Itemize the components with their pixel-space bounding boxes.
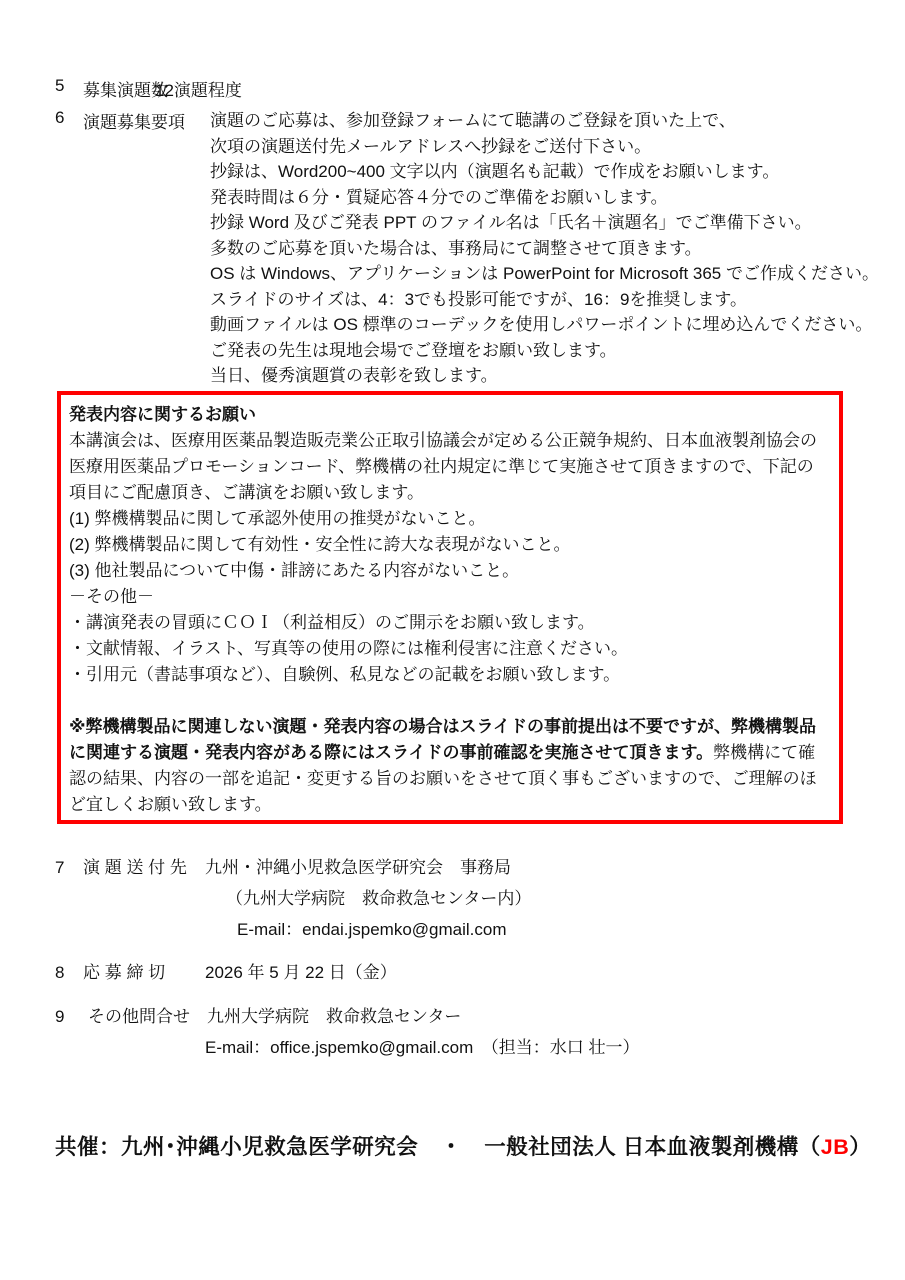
cosponsor-text-close: ） bbox=[849, 1135, 871, 1159]
cosponsor-jb-highlight: JB bbox=[821, 1135, 849, 1159]
requirement-line: 動画ファイルは OS 標準のコーデックを使用しパワーポイントに埋め込んでください… bbox=[210, 312, 879, 338]
notice-box-numbered-list: (1) 弊機構製品に関して承認外使用の推奨がないこと。 (2) 弊機構製品に関し… bbox=[69, 506, 829, 584]
notice-box-bullet-list: ・講演発表の冒頭にＣＯＩ（利益相反）のご開示をお願い致します。 ・文献情報、イラ… bbox=[69, 610, 829, 688]
requirement-line: 演題のご応募は、参加登録フォームにて聴講のご登録を頂いた上で、 bbox=[210, 108, 879, 134]
notice-numbered-item: (1) 弊機構製品に関して承認外使用の推奨がないこと。 bbox=[69, 506, 829, 532]
notice-numbered-item: (2) 弊機構製品に関して有効性・安全性に誇大な表現がないこと。 bbox=[69, 532, 829, 558]
section-item-5: 5 募集演題数 12演題程度 bbox=[0, 76, 905, 102]
requirement-line: 発表時間は６分・質疑応答４分でのご準備をお願いします。 bbox=[210, 185, 879, 211]
final-paragraph-bold: ※弊機構製品に関連しない演題・発表内容の場合はスライドの事前提出は不要ですが、弊… bbox=[69, 717, 816, 762]
requirement-line: 多数のご応募を頂いた場合は、事務局にて調整させて頂きます。 bbox=[210, 236, 879, 262]
cosponsor-text: 共催：九州･沖縄小児救急医学研究会 ・ 一般社団法人 日本血液製剤機構（ bbox=[55, 1135, 821, 1159]
item8-number: 8 bbox=[55, 957, 64, 988]
item7-email: E-mail：endai.jspemko@gmail.com bbox=[237, 914, 507, 945]
requirement-line: ご発表の先生は現地会場でご登壇をお願い致します。 bbox=[210, 338, 879, 364]
presentation-notice-box: 発表内容に関するお願い 本講演会は、医療用医薬品製造販売業公正取引協議会が定める… bbox=[57, 391, 843, 824]
requirement-line: OS は Windows、アプリケーションは PowerPoint for Mi… bbox=[210, 261, 879, 287]
item9-label: その他問合せ bbox=[88, 1001, 190, 1032]
notice-bullet-item: ・文献情報、イラスト、写真等の使用の際には権利侵害に注意ください。 bbox=[69, 636, 829, 662]
spacer bbox=[69, 688, 829, 714]
item8-deadline: 2026 年 5 月 22 日（金） bbox=[205, 957, 397, 988]
requirement-line: 当日、優秀演題賞の表彰を致します。 bbox=[210, 363, 879, 389]
item6-label: 演題募集要項 bbox=[83, 108, 185, 133]
item5-content: 12演題程度 bbox=[155, 76, 242, 101]
requirement-line: 抄録 Word 及びご発表 PPT のファイル名は「氏名＋演題名」でご準備下さい… bbox=[210, 210, 879, 236]
notice-bullet-item: ・引用元（書誌事項など）、自験例、私見などの記載をお願い致します。 bbox=[69, 662, 829, 688]
item7-label: 演 題 送 付 先 bbox=[83, 852, 187, 883]
notice-box-title: 発表内容に関するお願い bbox=[69, 402, 829, 428]
item9-organization: 九州大学病院 救命救急センター bbox=[207, 1001, 461, 1032]
item5-number: 5 bbox=[55, 76, 64, 96]
item7-address-line: （九州大学病院 救命救急センター内） bbox=[226, 883, 531, 914]
requirement-line: スライドのサイズは、4：3でも投影可能ですが、16：9を推奨します。 bbox=[210, 287, 879, 313]
requirement-line: 抄録は、Word200~400 文字以内（演題名も記載）で作成をお願いします。 bbox=[210, 159, 879, 185]
item6-number: 6 bbox=[55, 108, 64, 128]
item9-number: 9 bbox=[55, 1001, 64, 1032]
requirement-line: 次項の演題送付先メールアドレスへ抄録をご送付下さい。 bbox=[210, 134, 879, 160]
item7-organization: 九州・沖縄小児救急医学研究会 事務局 bbox=[205, 852, 511, 883]
notice-bullet-item: ・講演発表の冒頭にＣＯＩ（利益相反）のご開示をお願い致します。 bbox=[69, 610, 829, 636]
section-item-8: 8 応 募 締 切 2026 年 5 月 22 日（金） bbox=[0, 957, 905, 988]
item9-email: E-mail：office.jspemko@gmail.com （担当：水口 壮… bbox=[205, 1032, 639, 1063]
item8-label: 応 募 締 切 bbox=[83, 957, 165, 988]
item6-requirement-lines: 演題のご応募は、参加登録フォームにて聴講のご登録を頂いた上で、 次項の演題送付先… bbox=[210, 108, 879, 389]
cosponsor-footer: 共催：九州･沖縄小児救急医学研究会 ・ 一般社団法人 日本血液製剤機構（JB） bbox=[55, 1130, 885, 1161]
notice-box-final-paragraph: ※弊機構製品に関連しない演題・発表内容の場合はスライドの事前提出は不要ですが、弊… bbox=[69, 714, 829, 818]
notice-box-intro: 本講演会は、医療用医薬品製造販売業公正取引協議会が定める公正競争規約、日本血液製… bbox=[69, 428, 829, 506]
item7-number: 7 bbox=[55, 852, 64, 883]
notice-numbered-item: (3) 他社製品について中傷・誹謗にあたる内容がないこと。 bbox=[69, 558, 829, 584]
notice-box-subheading: －その他－ bbox=[69, 584, 829, 610]
